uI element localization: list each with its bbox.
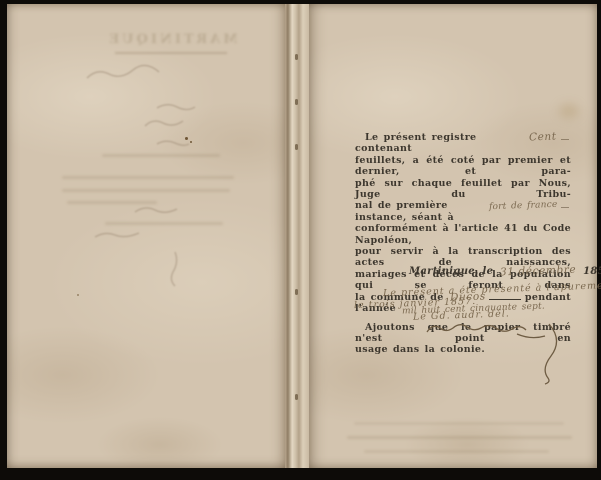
binding-stitch — [295, 54, 298, 60]
bleed-through-text-line — [364, 450, 549, 453]
foxing-speck — [77, 294, 79, 296]
foxing-speck — [185, 137, 188, 140]
bleed-through-text-line — [62, 189, 230, 192]
binding-stitch — [295, 99, 298, 105]
bleed-through-text-line — [67, 201, 157, 204]
bleed-through-text-line — [102, 154, 220, 157]
left-page: MARTINIQUE — [7, 4, 285, 468]
bleed-through-text-line — [105, 222, 223, 225]
signature — [409, 316, 599, 386]
printed-date-prefix: Martinique, le — [409, 266, 493, 277]
right-page: Le présent registre contenant Cent feuil… — [309, 4, 597, 468]
bleed-through-text-line — [354, 422, 564, 425]
page-stain — [559, 104, 579, 118]
date-line: Martinique, le 31 décembre 185 6. — [409, 265, 601, 277]
book-spine — [285, 4, 309, 468]
foxing-speck — [190, 141, 192, 143]
attestation-line: conformément à l'article 41 du Code Napo… — [355, 223, 571, 246]
attestation-line: Le présent registre contenant Cent — [355, 132, 571, 155]
attestation-line: feuillets, a été coté par premier et der… — [355, 155, 571, 178]
handwritten-date-day: 31 décembre — [500, 264, 577, 279]
printed-text: Le présent registre contenant — [355, 132, 523, 155]
scanned-register-photo: MARTINIQUE — [0, 0, 601, 480]
attestation-line: phé sur chaque feuillet par Nous, Juge d… — [355, 178, 571, 201]
handwritten-court-seat: fort de france — [488, 200, 557, 214]
fill-line — [489, 299, 520, 300]
open-register-book: MARTINIQUE — [7, 4, 597, 468]
binding-stitch — [295, 144, 298, 150]
handwritten-folio-count: Cent — [529, 132, 557, 144]
attestation-line: nal de première instance, séant à fort d… — [355, 200, 571, 223]
binding-stitch — [295, 394, 298, 400]
bleed-through-text-line — [347, 436, 572, 439]
binding-stitch — [295, 289, 298, 295]
printed-text: nal de première instance, séant à — [355, 200, 483, 223]
printed-year-prefix: 185 — [583, 266, 601, 277]
fill-line — [561, 139, 569, 140]
fill-line — [561, 207, 569, 208]
bleed-through-text-line — [62, 176, 234, 179]
